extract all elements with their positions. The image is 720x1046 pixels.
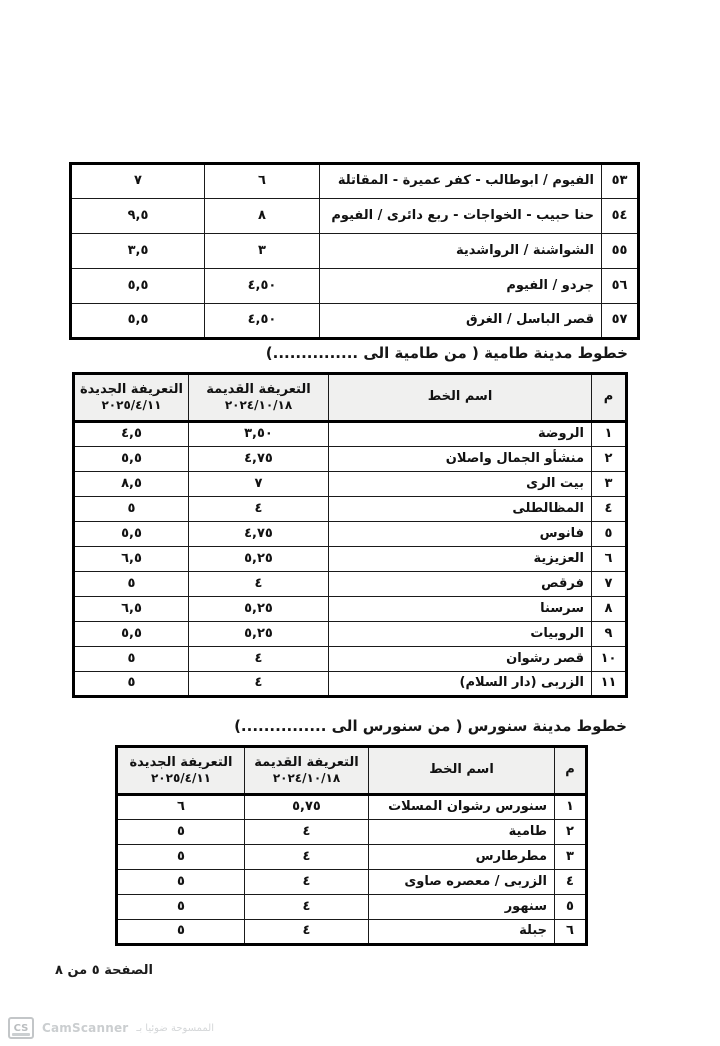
col-header-number: م — [555, 747, 587, 795]
line-name: المظالطلى — [329, 497, 592, 522]
line-name: قصر الباسل / الغرق — [320, 304, 602, 339]
row-number: ٤ — [592, 497, 627, 522]
line-name: الروضة — [329, 422, 592, 447]
table-row: ٥٧ قصر الباسل / الغرق ٤,٥٠ ٥,٥ — [71, 304, 639, 339]
page-number-label: الصفحة ٥ من ٨ — [55, 963, 153, 978]
new-tariff-value: ٩,٥ — [71, 199, 205, 234]
new-tariff-value: ٧ — [71, 164, 205, 199]
line-name: الشواشنة / الرواشدية — [320, 234, 602, 269]
old-tariff-value: ٨ — [205, 199, 320, 234]
new-tariff-value: ٥,٥ — [74, 622, 189, 647]
line-name: فرقص — [329, 572, 592, 597]
table-header-row: م اسم الخط التعريفة القديمة ٢٠٢٤/١٠/١٨ ا… — [74, 374, 627, 422]
line-name: جردو / الفيوم — [320, 269, 602, 304]
table-row: ٥ فانوس ٤,٧٥ ٥,٥ — [74, 522, 627, 547]
line-name: بيت الرى — [329, 472, 592, 497]
col-header-line-name: اسم الخط — [329, 374, 592, 422]
new-tariff-value: ٣,٥ — [71, 234, 205, 269]
row-number: ٥٧ — [602, 304, 639, 339]
table-row: ١ سنورس رشوان المسلات ٥,٧٥ ٦ — [117, 795, 587, 820]
new-tariff-value: ٥ — [117, 895, 245, 920]
line-name: سرسنا — [329, 597, 592, 622]
line-name: العزيزية — [329, 547, 592, 572]
new-tariff-value: ٥,٥ — [71, 304, 205, 339]
table-row: ٤ الزربى / معصره صاوى ٤ ٥ — [117, 870, 587, 895]
table-row: ٥٥ الشواشنة / الرواشدية ٣ ٣,٥ — [71, 234, 639, 269]
row-number: ٥٣ — [602, 164, 639, 199]
row-number: ٦ — [555, 920, 587, 945]
old-tariff-value: ٤ — [189, 497, 329, 522]
line-name: الفيوم / ابوطالب - كفر عميرة - المقاتلة — [320, 164, 602, 199]
line-name: مطرطارس — [369, 845, 555, 870]
old-tariff-value: ٤ — [245, 845, 369, 870]
row-number: ٣ — [555, 845, 587, 870]
old-tariff-value: ٤ — [189, 672, 329, 697]
new-tariff-value: ٥ — [74, 497, 189, 522]
row-number: ٥ — [555, 895, 587, 920]
col-header-old-tariff: التعريفة القديمة ٢٠٢٤/١٠/١٨ — [189, 374, 329, 422]
old-tariff-value: ٤,٧٥ — [189, 522, 329, 547]
row-number: ٣ — [592, 472, 627, 497]
old-tariff-value: ٤,٥٠ — [205, 304, 320, 339]
new-tariff-title: التعريفة الجديدة — [130, 755, 233, 770]
old-tariff-value: ٦ — [205, 164, 320, 199]
old-tariff-value: ٤ — [245, 920, 369, 945]
old-tariff-value: ٤ — [245, 895, 369, 920]
row-number: ٧ — [592, 572, 627, 597]
old-tariff-value: ٤ — [189, 647, 329, 672]
old-tariff-value: ٤,٥٠ — [205, 269, 320, 304]
old-tariff-value: ٥,٢٥ — [189, 622, 329, 647]
new-tariff-value: ٦,٥ — [74, 547, 189, 572]
new-tariff-date: ٢٠٢٥/٤/١١ — [120, 771, 242, 786]
row-number: ٥٥ — [602, 234, 639, 269]
row-number: ٩ — [592, 622, 627, 647]
row-number: ١ — [592, 422, 627, 447]
new-tariff-value: ٥,٥ — [71, 269, 205, 304]
camscanner-watermark: CS CamScanner الممسوحة ضوئيا بـ — [8, 1017, 214, 1039]
row-number: ٥٦ — [602, 269, 639, 304]
row-number: ٢ — [555, 820, 587, 845]
row-number: ١١ — [592, 672, 627, 697]
old-tariff-title: التعريفة القديمة — [254, 755, 358, 770]
old-tariff-value: ٥,٧٥ — [245, 795, 369, 820]
line-name: الروبيات — [329, 622, 592, 647]
row-number: ١ — [555, 795, 587, 820]
new-tariff-value: ٥ — [117, 820, 245, 845]
table-row: ٥٣ الفيوم / ابوطالب - كفر عميرة - المقات… — [71, 164, 639, 199]
line-name: جبلة — [369, 920, 555, 945]
new-tariff-value: ٦,٥ — [74, 597, 189, 622]
line-name: سنهور — [369, 895, 555, 920]
section-heading-tamiya: خطوط مدينة طامية ( من طامية الى ........… — [266, 344, 628, 362]
line-name: منشأو الجمال واصلان — [329, 447, 592, 472]
new-tariff-value: ٥,٥ — [74, 447, 189, 472]
fares-table-sanuris: م اسم الخط التعريفة القديمة ٢٠٢٤/١٠/١٨ ا… — [115, 745, 588, 946]
camscanner-logo-bar — [12, 1033, 30, 1036]
row-number: ٦ — [592, 547, 627, 572]
fares-table-continuation: ٥٣ الفيوم / ابوطالب - كفر عميرة - المقات… — [69, 162, 640, 340]
col-header-line-name: اسم الخط — [369, 747, 555, 795]
table-row: ٤ المظالطلى ٤ ٥ — [74, 497, 627, 522]
new-tariff-value: ٥ — [117, 845, 245, 870]
table-header-row: م اسم الخط التعريفة القديمة ٢٠٢٤/١٠/١٨ ا… — [117, 747, 587, 795]
row-number: ١٠ — [592, 647, 627, 672]
new-tariff-value: ٥ — [74, 572, 189, 597]
table-row: ٩ الروبيات ٥,٢٥ ٥,٥ — [74, 622, 627, 647]
col-header-new-tariff: التعريفة الجديدة ٢٠٢٥/٤/١١ — [74, 374, 189, 422]
fares-table-tamiya: م اسم الخط التعريفة القديمة ٢٠٢٤/١٠/١٨ ا… — [72, 372, 628, 698]
table-row: ١٠ قصر رشوان ٤ ٥ — [74, 647, 627, 672]
new-tariff-value: ٥,٥ — [74, 522, 189, 547]
camscanner-logo-icon: CS — [8, 1017, 34, 1039]
table-row: ١١ الزربى (دار السلام) ٤ ٥ — [74, 672, 627, 697]
new-tariff-value: ٥ — [74, 647, 189, 672]
old-tariff-value: ٥,٢٥ — [189, 597, 329, 622]
new-tariff-value: ٦ — [117, 795, 245, 820]
line-name: الزربى (دار السلام) — [329, 672, 592, 697]
table-row: ٥٤ حنا حبيب - الخواجات - ربع دائرى / الف… — [71, 199, 639, 234]
col-header-new-tariff: التعريفة الجديدة ٢٠٢٥/٤/١١ — [117, 747, 245, 795]
line-name: طامية — [369, 820, 555, 845]
new-tariff-value: ٨,٥ — [74, 472, 189, 497]
line-name: فانوس — [329, 522, 592, 547]
section-heading-sanuris: خطوط مدينة سنورس ( من سنورس الى ........… — [234, 717, 627, 735]
new-tariff-value: ٤,٥ — [74, 422, 189, 447]
row-number: ٥ — [592, 522, 627, 547]
new-tariff-value: ٥ — [117, 920, 245, 945]
camscanner-logo-text: CS — [14, 1023, 29, 1034]
table-row: ٣ مطرطارس ٤ ٥ — [117, 845, 587, 870]
row-number: ٥٤ — [602, 199, 639, 234]
table-row: ٦ جبلة ٤ ٥ — [117, 920, 587, 945]
old-tariff-value: ٤ — [245, 870, 369, 895]
table-row: ٦ العزيزية ٥,٢٥ ٦,٥ — [74, 547, 627, 572]
table-row: ٣ بيت الرى ٧ ٨,٥ — [74, 472, 627, 497]
old-tariff-value: ٤ — [245, 820, 369, 845]
new-tariff-title: التعريفة الجديدة — [80, 382, 183, 397]
line-name: حنا حبيب - الخواجات - ربع دائرى / الفيوم — [320, 199, 602, 234]
row-number: ٨ — [592, 597, 627, 622]
old-tariff-date: ٢٠٢٤/١٠/١٨ — [191, 398, 326, 413]
col-header-old-tariff: التعريفة القديمة ٢٠٢٤/١٠/١٨ — [245, 747, 369, 795]
new-tariff-date: ٢٠٢٥/٤/١١ — [77, 398, 186, 413]
row-number: ٤ — [555, 870, 587, 895]
table-row: ٨ سرسنا ٥,٢٥ ٦,٥ — [74, 597, 627, 622]
old-tariff-value: ٤,٧٥ — [189, 447, 329, 472]
col-header-number: م — [592, 374, 627, 422]
table-row: ٥ سنهور ٤ ٥ — [117, 895, 587, 920]
camscanner-arabic-text: الممسوحة ضوئيا بـ — [136, 1023, 214, 1034]
line-name: الزربى / معصره صاوى — [369, 870, 555, 895]
table-row: ٢ طامية ٤ ٥ — [117, 820, 587, 845]
table-row: ٥٦ جردو / الفيوم ٤,٥٠ ٥,٥ — [71, 269, 639, 304]
old-tariff-value: ٧ — [189, 472, 329, 497]
table-row: ١ الروضة ٣,٥٠ ٤,٥ — [74, 422, 627, 447]
table-row: ٧ فرقص ٤ ٥ — [74, 572, 627, 597]
table-row: ٢ منشأو الجمال واصلان ٤,٧٥ ٥,٥ — [74, 447, 627, 472]
old-tariff-value: ٤ — [189, 572, 329, 597]
old-tariff-value: ٣ — [205, 234, 320, 269]
old-tariff-title: التعريفة القديمة — [206, 382, 310, 397]
old-tariff-value: ٥,٢٥ — [189, 547, 329, 572]
new-tariff-value: ٥ — [74, 672, 189, 697]
old-tariff-date: ٢٠٢٤/١٠/١٨ — [247, 771, 366, 786]
camscanner-brand-text: CamScanner — [42, 1021, 128, 1035]
row-number: ٢ — [592, 447, 627, 472]
line-name: سنورس رشوان المسلات — [369, 795, 555, 820]
new-tariff-value: ٥ — [117, 870, 245, 895]
line-name: قصر رشوان — [329, 647, 592, 672]
old-tariff-value: ٣,٥٠ — [189, 422, 329, 447]
